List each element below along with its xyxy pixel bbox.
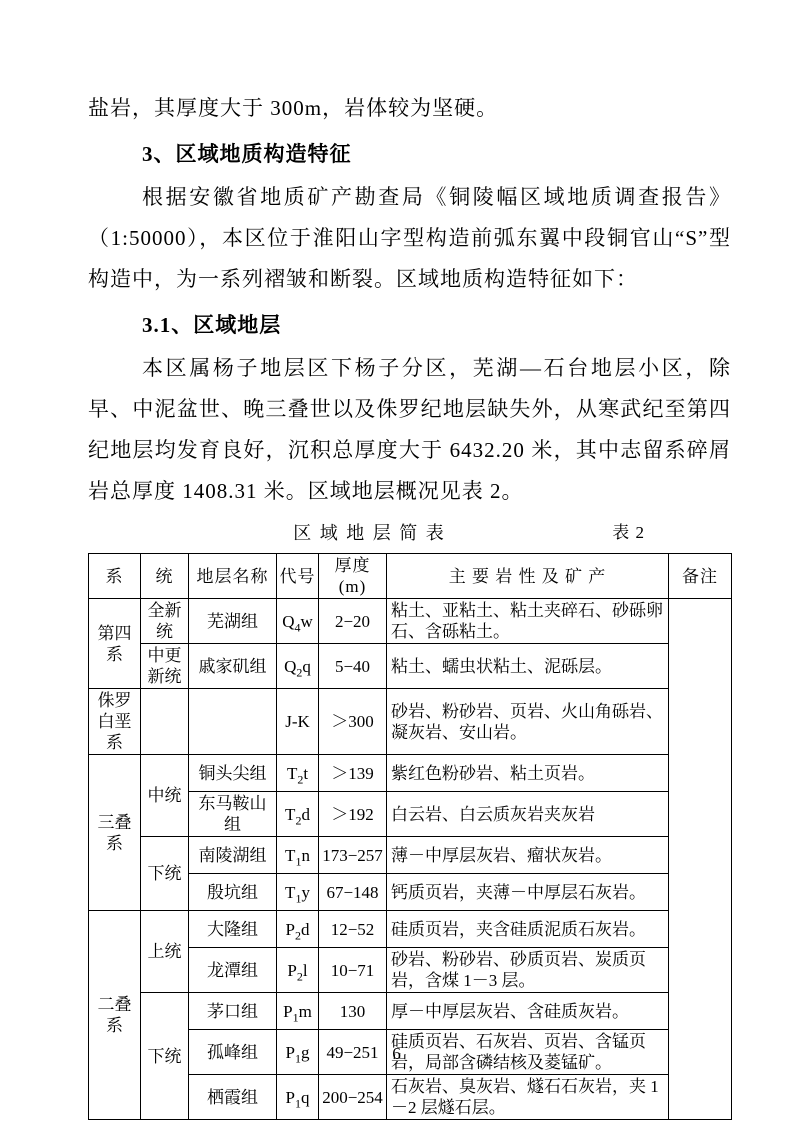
cell-series: 中统: [141, 755, 189, 837]
cell-series: [141, 689, 189, 755]
subsection-paragraph: 本区属杨子地层区下杨子分区，芜湖—石台地层小区，除早、中泥盆世、晚三叠世以及侏罗…: [88, 348, 731, 512]
cell-system: 第四系: [89, 599, 141, 689]
cell-thickness: ＞192: [319, 792, 387, 837]
cell-formation: 龙潭组: [189, 948, 277, 993]
cell-series: 中更新统: [141, 644, 189, 689]
table-title-row: 区 域 地 层 简 表 表 2: [88, 516, 731, 550]
cell-formation: 铜头尖组: [189, 755, 277, 792]
cell-thickness: 2−20: [319, 599, 387, 644]
table-row: 下统南陵湖组T1n173−257薄－中厚层灰岩、瘤状灰岩。: [89, 837, 732, 874]
cell-series: 上统: [141, 911, 189, 993]
cell-thickness: ＞300: [319, 689, 387, 755]
header-series: 统: [141, 554, 189, 599]
subsection-heading: 3.1、区域地层: [88, 304, 731, 346]
cell-series: 下统: [141, 837, 189, 911]
cell-thickness: 173−257: [319, 837, 387, 874]
cell-code: P2d: [277, 911, 319, 948]
cell-code: P1m: [277, 993, 319, 1030]
cell-lithology: 薄－中厚层灰岩、瘤状灰岩。: [387, 837, 669, 874]
cell-formation: 殷坑组: [189, 874, 277, 911]
table-row: 下统茅口组P1m130厚－中厚层灰岩、含硅质灰岩。: [89, 993, 732, 1030]
cell-lithology: 硅质页岩，夹含硅质泥质石灰岩。: [387, 911, 669, 948]
cell-formation: 南陵湖组: [189, 837, 277, 874]
section-paragraph: 根据安徽省地质矿产勘查局《铜陵幅区域地质调查报告》（1:50000），本区位于淮…: [88, 177, 731, 300]
cell-thickness: 5−40: [319, 644, 387, 689]
strata-table: 系统地层名称代号厚度(m)主 要 岩 性 及 矿 产备注 第四系全新统芜湖组Q4…: [88, 553, 732, 1120]
header-system: 系: [89, 554, 141, 599]
cell-lithology: 砂岩、粉砂岩、页岩、火山角砾岩、凝灰岩、安山岩。: [387, 689, 669, 755]
cell-thickness: 200−254: [319, 1075, 387, 1120]
table-body: 第四系全新统芜湖组Q4w2−20粘土、亚粘土、粘土夹碎石、砂砾卵石、含砾粘土。中…: [89, 599, 732, 1120]
page: 盐岩，其厚度大于 300m，岩体较为坚硬。 3、区域地质构造特征 根据安徽省地质…: [0, 0, 793, 1122]
cell-lithology: 粘土、蠕虫状粘土、泥砾层。: [387, 644, 669, 689]
cell-formation: 东马鞍山组: [189, 792, 277, 837]
cell-formation: 芜湖组: [189, 599, 277, 644]
header-thickness: 厚度(m): [319, 554, 387, 599]
cell-formation: 戚家矶组: [189, 644, 277, 689]
cell-thickness: 67−148: [319, 874, 387, 911]
table-header-row: 系统地层名称代号厚度(m)主 要 岩 性 及 矿 产备注: [89, 554, 732, 599]
table-label: 表 2: [612, 516, 645, 550]
cell-remark: [669, 599, 732, 1120]
cell-lithology: 白云岩、白云质灰岩夹灰岩: [387, 792, 669, 837]
cell-lithology: 钙质页岩，夹薄－中厚层石灰岩。: [387, 874, 669, 911]
page-number: 6: [0, 1044, 793, 1064]
table-row: 侏罗白垩系J-K＞300砂岩、粉砂岩、页岩、火山角砾岩、凝灰岩、安山岩。: [89, 689, 732, 755]
cell-thickness: 10−71: [319, 948, 387, 993]
cell-code: T2d: [277, 792, 319, 837]
cell-formation: 茅口组: [189, 993, 277, 1030]
cell-thickness: 12−52: [319, 911, 387, 948]
cell-formation: [189, 689, 277, 755]
cell-formation: 栖霞组: [189, 1075, 277, 1120]
header-remark: 备注: [669, 554, 732, 599]
cell-system: 三叠系: [89, 755, 141, 911]
cell-thickness: ＞139: [319, 755, 387, 792]
table-row: 中更新统戚家矶组Q2q5−40粘土、蠕虫状粘土、泥砾层。: [89, 644, 732, 689]
cell-lithology: 砂岩、粉砂岩、砂质页岩、炭质页岩，含煤 1－3 层。: [387, 948, 669, 993]
cell-formation: 大隆组: [189, 911, 277, 948]
section-heading: 3、区域地质构造特征: [88, 133, 731, 175]
cell-code: T2t: [277, 755, 319, 792]
header-lithology: 主 要 岩 性 及 矿 产: [387, 554, 669, 599]
cell-system: 侏罗白垩系: [89, 689, 141, 755]
cell-thickness: 130: [319, 993, 387, 1030]
cell-code: T1n: [277, 837, 319, 874]
cell-lithology: 紫红色粉砂岩、粘土页岩。: [387, 755, 669, 792]
table-row: 三叠系中统铜头尖组T2t＞139紫红色粉砂岩、粘土页岩。: [89, 755, 732, 792]
cell-code: P1q: [277, 1075, 319, 1120]
cell-code: P2l: [277, 948, 319, 993]
table-row: 二叠系上统大隆组P2d12−52硅质页岩，夹含硅质泥质石灰岩。: [89, 911, 732, 948]
cell-lithology: 粘土、亚粘土、粘土夹碎石、砂砾卵石、含砾粘土。: [387, 599, 669, 644]
intro-paragraph: 盐岩，其厚度大于 300m，岩体较为坚硬。: [88, 88, 731, 129]
cell-system: 二叠系: [89, 911, 141, 1120]
cell-code: Q2q: [277, 644, 319, 689]
page-content: 盐岩，其厚度大于 300m，岩体较为坚硬。 3、区域地质构造特征 根据安徽省地质…: [88, 88, 731, 1120]
cell-code: T1y: [277, 874, 319, 911]
cell-series: 全新统: [141, 599, 189, 644]
cell-code: Q4w: [277, 599, 319, 644]
header-formation: 地层名称: [189, 554, 277, 599]
header-code: 代号: [277, 554, 319, 599]
table-title: 区 域 地 层 简 表: [293, 523, 446, 543]
table-row: 第四系全新统芜湖组Q4w2−20粘土、亚粘土、粘土夹碎石、砂砾卵石、含砾粘土。: [89, 599, 732, 644]
cell-code: J-K: [277, 689, 319, 755]
cell-lithology: 石灰岩、臭灰岩、燧石石灰岩，夹 1－2 层燧石层。: [387, 1075, 669, 1120]
cell-lithology: 厚－中厚层灰岩、含硅质灰岩。: [387, 993, 669, 1030]
